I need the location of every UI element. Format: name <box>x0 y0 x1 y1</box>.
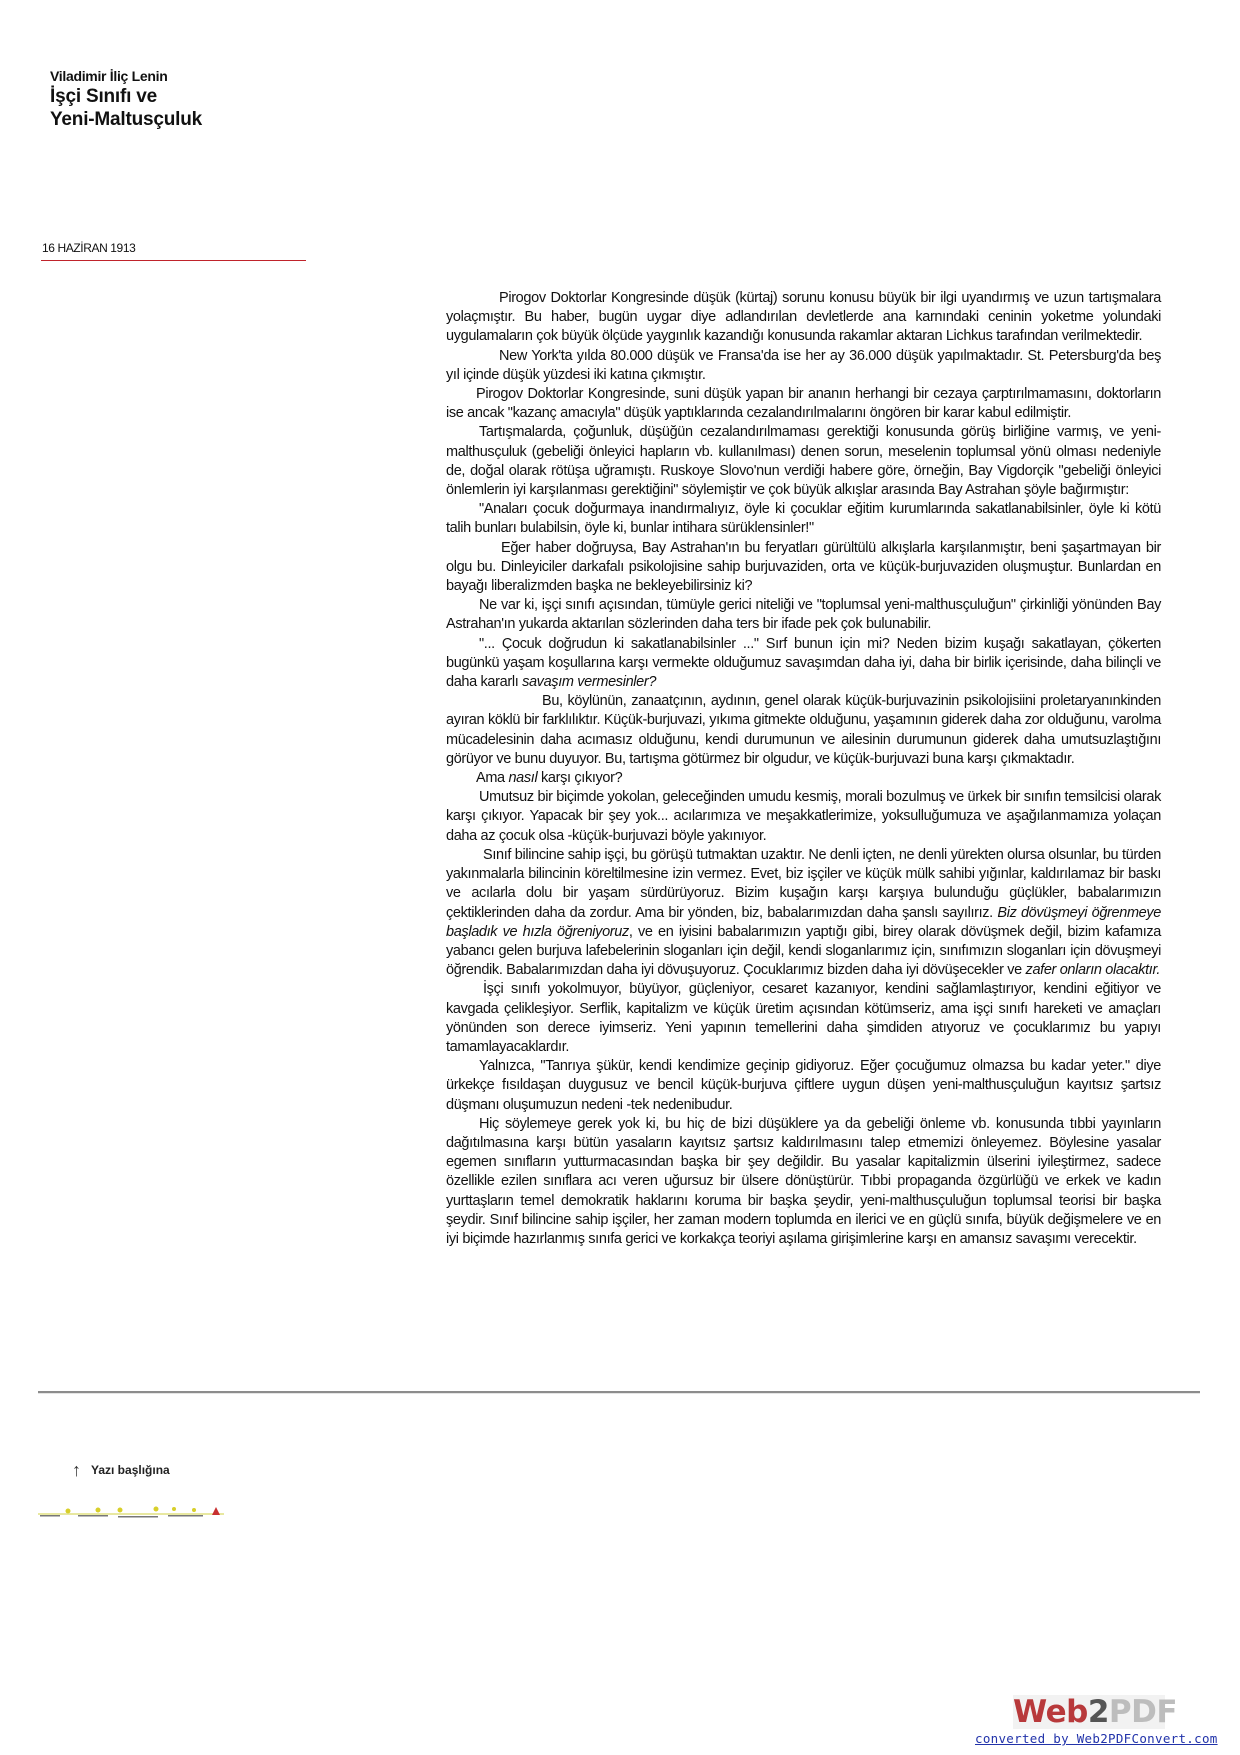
up-arrow-icon: ↑ <box>72 1463 81 1477</box>
document-title-line1: İşçi Sınıfı ve <box>50 85 202 108</box>
publication-date: 16 HAZİRAN 1913 <box>42 241 135 255</box>
paragraph: Eğer haber doğruysa, Bay Astrahan'ın bu … <box>446 539 1161 597</box>
paragraph: Pirogov Doktorlar Kongresinde, suni düşü… <box>446 385 1161 423</box>
paragraph: Sınıf bilincine sahip işçi, bu görüşü tu… <box>446 846 1161 980</box>
document-title-line2: Yeni-Maltusçuluk <box>50 108 202 131</box>
paragraph: Umutsuz bir biçimde yokolan, geleceğinde… <box>446 788 1161 846</box>
italic-run: nasıl <box>508 770 537 786</box>
paragraph: Hiç söylemeye gerek yok ki, bu hiç de bi… <box>446 1115 1161 1249</box>
paragraph: İşçi sınıfı yokolmuyor, büyüyor, güçleni… <box>446 980 1161 1057</box>
paragraph: Ama nasıl karşı çıkıyor? <box>446 769 1161 788</box>
article-body: Pirogov Doktorlar Kongresinde düşük (kür… <box>446 289 1161 1249</box>
italic-run: zafer onların olacaktır. <box>1026 962 1161 978</box>
logo-web: Web <box>1013 1694 1088 1730</box>
author-name: Viladimir İliç Lenin <box>50 68 202 85</box>
text-run: Ama <box>476 770 508 786</box>
paragraph: Bu, köylünün, zanaatçının, aydının, gene… <box>446 692 1161 769</box>
web2pdf-logo: Web2PDF <box>1013 1695 1165 1729</box>
document-header: Viladimir İliç Lenin İşçi Sınıfı ve Yeni… <box>50 68 202 131</box>
paragraph: New York'ta yılda 80.000 düşük ve Fransa… <box>446 347 1161 385</box>
back-link-label: Yazı başlığına <box>91 1463 170 1477</box>
text-run: karşı çıkıyor? <box>537 770 622 786</box>
web2pdf-convert-link[interactable]: converted by Web2PDFConvert.com <box>975 1731 1218 1746</box>
logo-pdf: PDF <box>1109 1694 1177 1730</box>
paragraph: "Anaları çocuk doğurmaya inandırmalıyız,… <box>446 500 1161 538</box>
paragraph: "... Çocuk doğrudun ki sakatlanabilsinle… <box>446 635 1161 693</box>
paragraph: Pirogov Doktorlar Kongresinde düşük (kür… <box>446 289 1161 347</box>
paragraph: Ne var ki, işçi sınıfı açısından, tümüyl… <box>446 596 1161 634</box>
logo-two: 2 <box>1088 1694 1109 1730</box>
paragraph: Tartışmalarda, çoğunluk, düşüğün cezalan… <box>446 423 1161 500</box>
horizontal-rule <box>38 1391 1200 1394</box>
back-to-title-link[interactable]: ↑ Yazı başlığına <box>72 1463 170 1477</box>
italic-run: savaşım vermesinler? <box>522 674 656 690</box>
paragraph: Yalnızca, "Tanrıya şükür, kendi kendimiz… <box>446 1057 1161 1115</box>
date-divider <box>41 260 306 261</box>
decorative-banner-image <box>38 1505 224 1521</box>
